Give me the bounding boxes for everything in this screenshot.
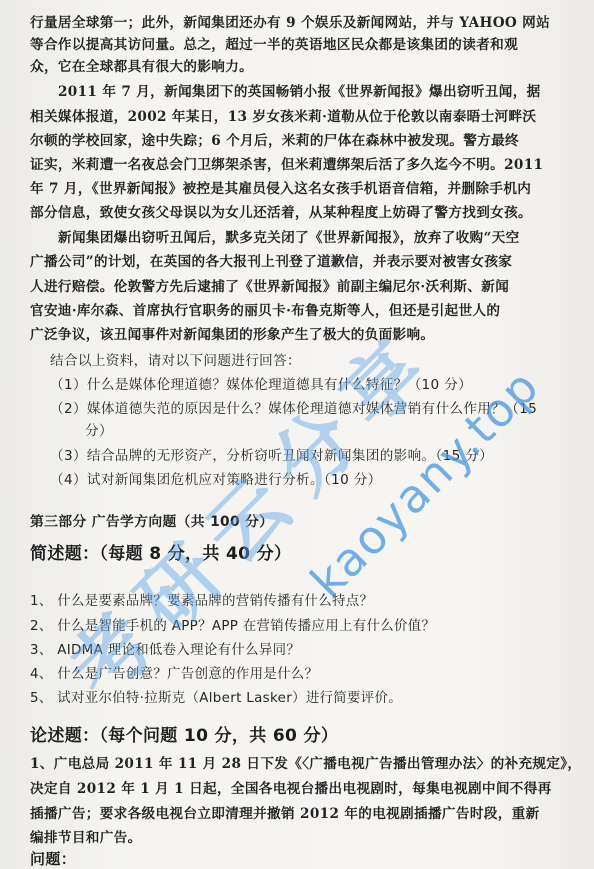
short-answer-item: 2、 什么是智能手机的 APP？APP 在营销传播应用上有什么价值？ xyxy=(30,618,435,636)
paragraph-line: 广泛争议，该丑闻事件对新闻集团的形象产生了极大的负面影响。 xyxy=(30,326,434,344)
essay-line: 编排节目和广告。 xyxy=(30,829,142,847)
exam-page: 行量居全球第一；此外，新闻集团还办有 9 个娱乐及新闻网站，并与 YAHOO 网… xyxy=(0,0,594,869)
question-label: 问题： xyxy=(30,848,76,869)
essay-heading: 论述题：（每个问题 10 分，共 60 分） xyxy=(30,725,338,747)
question-item-continuation: 分） xyxy=(85,422,113,440)
paragraph-line: 年 7 月，《世界新闻报》被控是其雇员侵入这名女孩手机语音信箱，并删除手机内 xyxy=(30,180,531,198)
paragraph-line: 官安迪·库尔森、首席执行官职务的丽贝卡·布鲁克斯等人，但还是引起世人的 xyxy=(30,302,500,320)
paragraph-line: 等合作以提高其访问量。总之，超过一半的英语地区民众都是该集团的读者和观 xyxy=(30,36,518,54)
question-prompt: 结合以上资料，请对以下问题进行回答： xyxy=(50,352,301,370)
paragraph-line: 证实，米莉遭一名夜总会门卫绑架杀害，但米莉遭绑架后活了多久迄今不明。2011 xyxy=(30,156,543,174)
paragraph-line: 行量居全球第一；此外，新闻集团还办有 9 个娱乐及新闻网站，并与 YAHOO 网… xyxy=(30,14,550,32)
short-answer-heading: 简述题：（每题 8 分，共 40 分） xyxy=(30,543,291,565)
short-answer-item: 3、 AIDMA 理论和低卷入理论有什么异同？ xyxy=(30,642,300,660)
paragraph-line: 新闻集团爆出窃听丑闻后，默多克关闭了《世界新闻报》，放弃了收购“天空 xyxy=(58,229,520,247)
question-item: （2）媒体道德失范的原因是什么？媒体伦理道德对媒体营销有什么作用？（15 xyxy=(50,400,537,418)
essay-line: 1、广电总局 2011 年 11 月 28 日下发《〈广播电视广告播出管理办法〉… xyxy=(30,755,581,773)
paragraph-line: 尔顿的学校回家，途中失踪；6 个月后，米莉的尸体在森林中被发现。警方最终 xyxy=(30,132,519,150)
short-answer-item: 4、 什么是广告创意？广告创意的作用是什么？ xyxy=(30,666,318,684)
paragraph-line: 2011 年 7 月，新闻集团下的英国畅销小报《世界新闻报》爆出窃听丑闻，据 xyxy=(58,83,541,101)
paragraph-line: 相关媒体报道，2002 年某日，13 岁女孩米莉·道勒从位于伦敦以南泰晤士河畔沃 xyxy=(30,108,536,126)
question-item: （4）试对新闻集团危机应对策略进行分析。（10 分） xyxy=(50,471,382,489)
short-answer-item: 1、 什么是要素品牌？要素品牌的营销传播有什么特点？ xyxy=(30,593,373,611)
essay-line: 决定自 2012 年 1 月 1 日起，全国各电视台播出电视剧时，每集电视剧中间… xyxy=(30,780,552,798)
section-title: 第三部分 广告学方向题（共 100 分） xyxy=(30,513,273,531)
question-item: （3）结合品牌的无形资产，分析窃听丑闻对新闻集团的影响。（15 分） xyxy=(50,447,493,465)
paragraph-line: 人进行赔偿。伦敦警方先后逮捕了《世界新闻报》前副主编尼尔·沃利斯、新闻 xyxy=(30,278,509,296)
paragraph-line: 部分信息，致使女孩父母误以为女儿还活着，从某种程度上妨碍了警方找到女孩。 xyxy=(30,204,532,222)
paragraph-line: 广播公司”的计划，在英国的各大报刊上刊登了道歉信，并表示要对被害女孩家 xyxy=(30,253,512,271)
short-answer-item: 5、 试对亚尔伯特·拉斯克（Albert Lasker）进行简要评价。 xyxy=(30,690,402,708)
essay-line: 插播广告；要求各级电视台立即清理并撤销 2012 年的电视剧插播广告时段，重新 xyxy=(30,805,540,823)
question-item: （1）什么是媒体伦理道德？媒体伦理道德具有什么特征？（10 分） xyxy=(50,376,472,394)
paragraph-line: 众，它在全球都具有很大的影响力。 xyxy=(30,58,253,76)
